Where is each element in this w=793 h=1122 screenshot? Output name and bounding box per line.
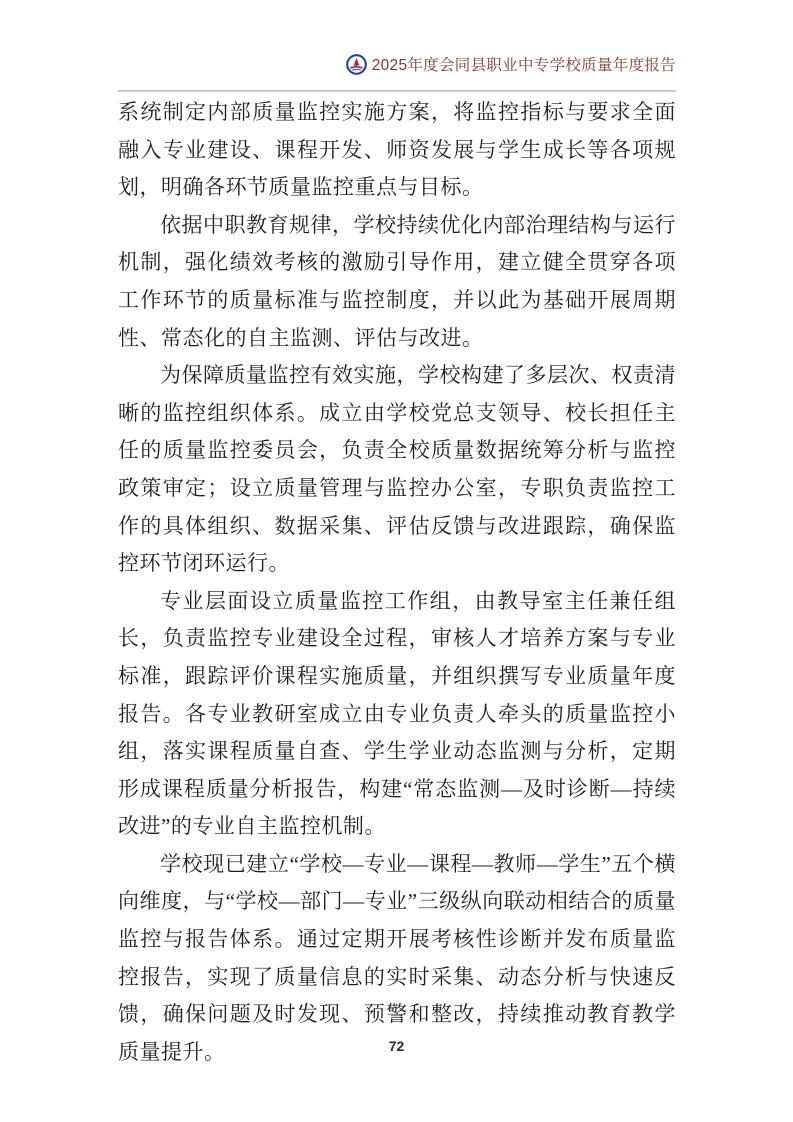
paragraph-4: 专业层面设立质量监控工作组，由教导室主任兼任组长，负责监控专业建设全过程，审核人… <box>118 583 676 846</box>
report-page: 2025年度会同县职业中专学校质量年度报告 系统制定内部质量监控实施方案，将监控… <box>0 0 793 1122</box>
document-body: 系统制定内部质量监控实施方案，将监控指标与要求全面融入专业建设、课程开发、师资发… <box>118 94 676 1071</box>
paragraph-2: 依据中职教育规律，学校持续优化内部治理结构与运行机制，强化绩效考核的激励引导作用… <box>118 207 676 357</box>
header-row: 2025年度会同县职业中专学校质量年度报告 <box>118 52 676 76</box>
page-number: 72 <box>389 1038 405 1054</box>
school-emblem-icon <box>346 54 367 75</box>
header-title: 2025年度会同县职业中专学校质量年度报告 <box>372 53 676 75</box>
paragraph-3: 为保障质量监控有效实施，学校构建了多层次、权责清晰的监控组织体系。成立由学校党总… <box>118 357 676 583</box>
header-divider <box>118 90 676 92</box>
page-footer: 72 <box>0 1038 793 1056</box>
paragraph-1: 系统制定内部质量监控实施方案，将监控指标与要求全面融入专业建设、课程开发、师资发… <box>118 94 676 207</box>
